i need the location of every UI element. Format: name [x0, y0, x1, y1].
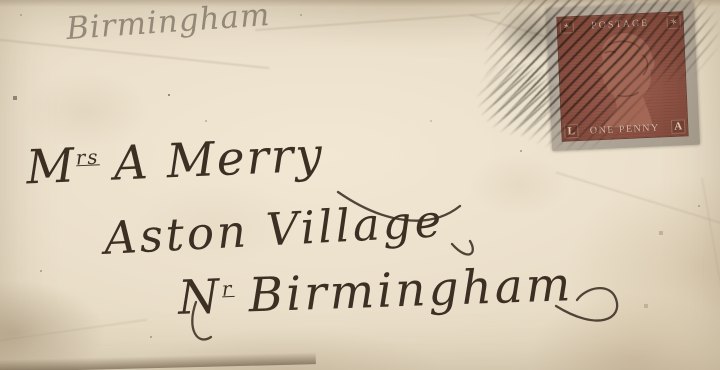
envelope-photo: Birmingham MrsA Merry Aston Village NrBi… [0, 0, 720, 370]
stamp-check-letter-right: A [671, 119, 686, 134]
postmark-smudge [498, 6, 568, 61]
recipient-name: A Merry [113, 128, 326, 192]
town-name: Birmingham [248, 257, 575, 323]
paper-specks [0, 0, 2, 2]
postmark-cancellation [470, 55, 567, 144]
postmark-cancellation [594, 0, 720, 87]
town-abbr: N [177, 269, 223, 326]
recipient-superscript: rs [75, 146, 100, 170]
town-superscript: r [222, 277, 235, 300]
recipient-initial: M [25, 138, 77, 195]
